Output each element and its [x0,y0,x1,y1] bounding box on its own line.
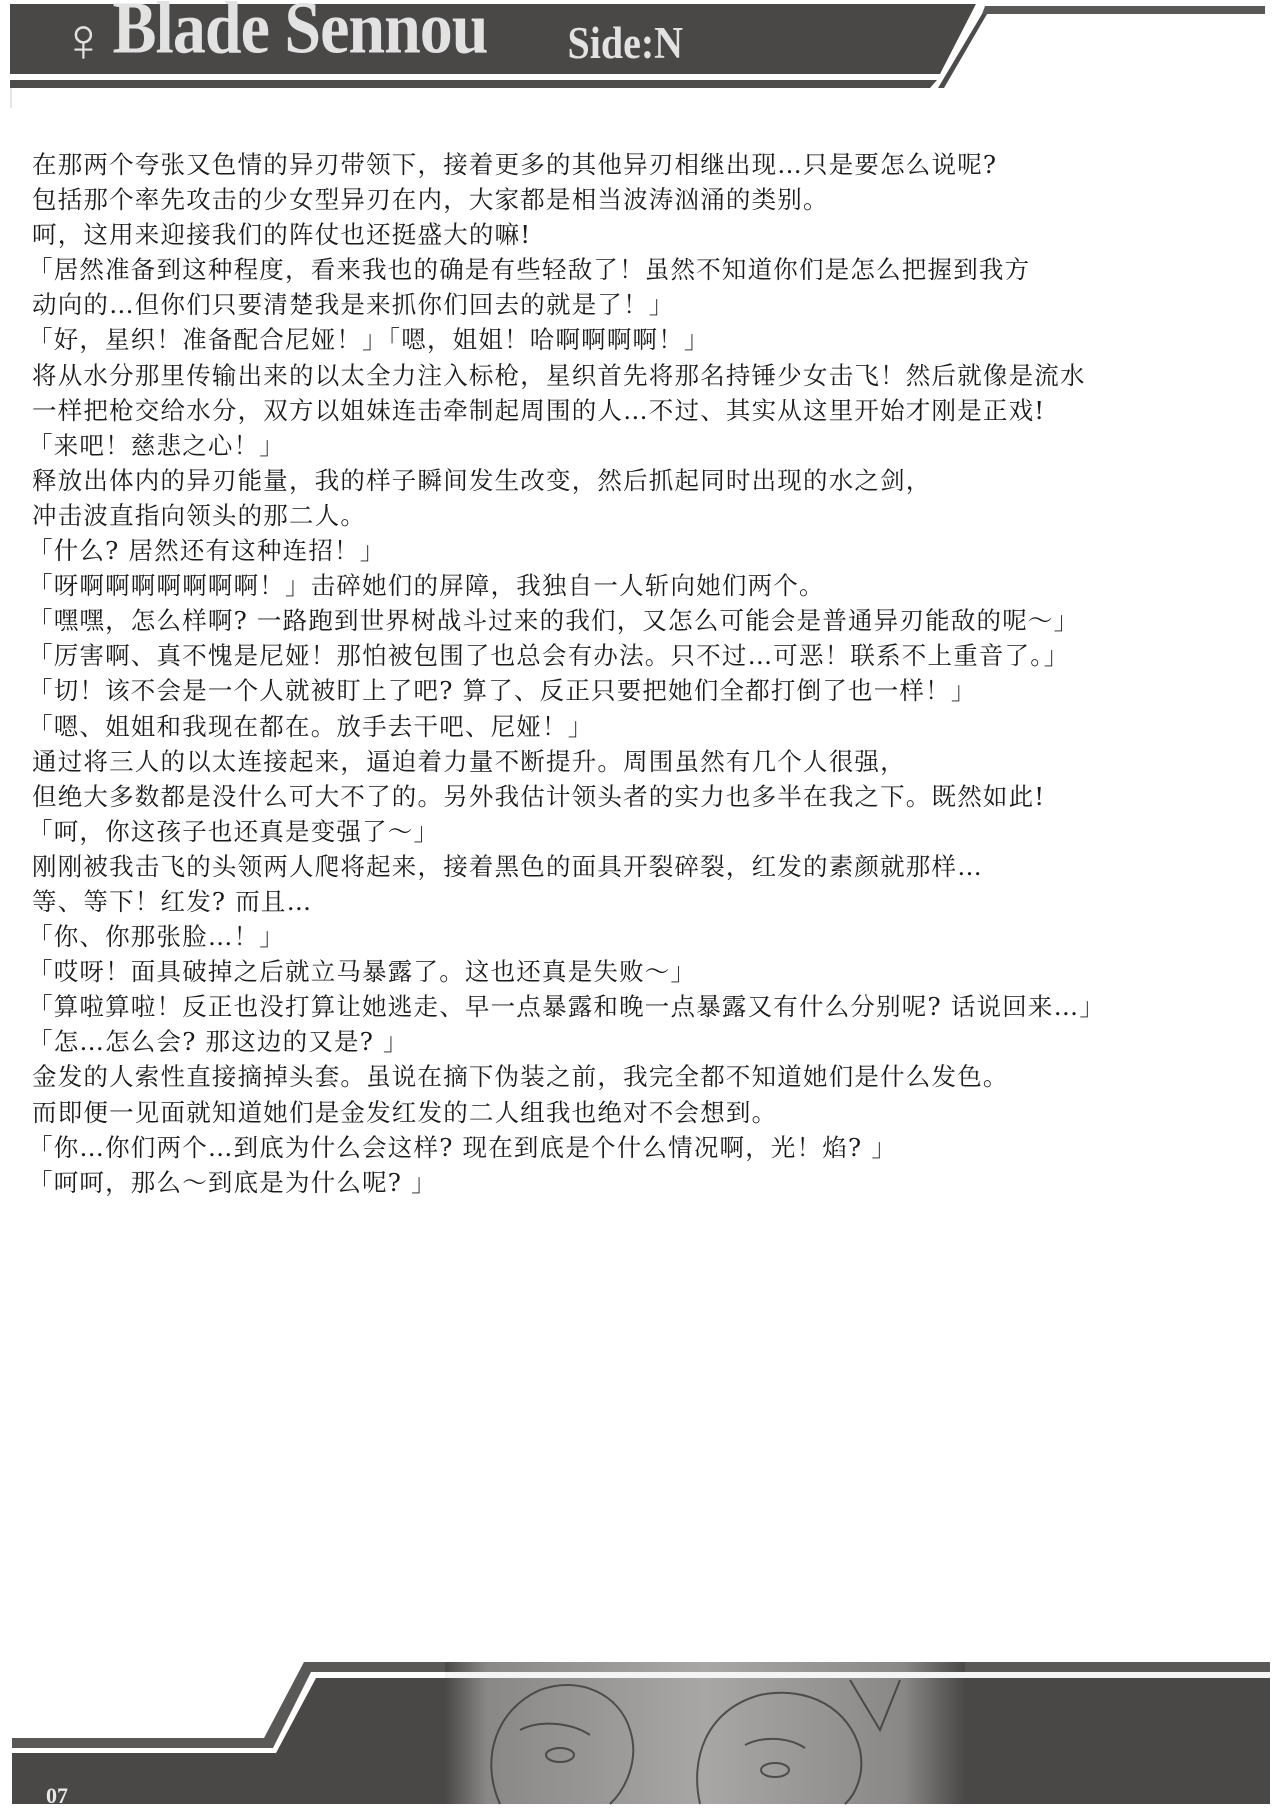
story-text: 在那两个夸张又色情的异刃带领下，接着更多的其他异刃相继出现…只是要怎么说呢? 包… [32,147,1262,1200]
dialog-line: 「呵呵，那么～到底是为什么呢? 」 [28,1165,1262,1200]
text-line: 释放出体内的异刃能量，我的样子瞬间发生改变，然后抓起同时出现的水之剑， [32,463,1262,498]
dialog-line: 「居然准备到这种程度，看来我也的确是有些轻敌了！虽然不知道你们是怎么把握到我方 [28,252,1262,287]
dialog-line: 「你…你们两个…到底为什么会这样? 现在到底是个什么情况啊，光！焰? 」 [28,1130,1262,1165]
dialog-line: 「什么? 居然还有这种连招！」 [28,533,1262,568]
dialog-line: 「切！该不会是一个人就被盯上了吧? 算了、反正只要把她们全都打倒了也一样！」 [28,673,1262,708]
dialog-line: 「嗯、姐姐和我现在都在。放手去干吧、尼娅！」 [28,709,1262,744]
page-footer-banner: 07 [0,1640,1280,1808]
text-line: 动向的…但你们只要清楚我是来抓你们回去的就是了！」 [32,287,1262,322]
footer-banner-shape [0,1640,1280,1808]
text-line: 通过将三人的以太连接起来，逼迫着力量不断提升。周围虽然有几个人很强， [32,744,1262,779]
dialog-line: 「来吧！慈悲之心！」 [28,428,1262,463]
dialog-line: 「呀啊啊啊啊啊啊啊！」击碎她们的屏障，我独自一人斩向她们两个。 [28,568,1262,603]
dialog-line: 「算啦算啦！反正也没打算让她逃走、早一点暴露和晚一点暴露又有什么分别呢? 话说回… [28,989,1262,1024]
dialog-line: 「你、你那张脸…！」 [28,919,1262,954]
header-subtitle: Side:N [567,20,683,66]
dialog-line: 「厉害啊、真不愧是尼娅！那怕被包围了也总会有办法。只不过…可恶！联系不上重音了。… [28,638,1262,673]
text-line: 刚刚被我击飞的头领两人爬将起来，接着黑色的面具开裂碎裂，红发的素颜就那样… [32,849,1262,884]
text-line: 呵，这用来迎接我们的阵仗也还挺盛大的嘛! [32,217,1262,252]
text-line: 金发的人索性直接摘掉头套。虽说在摘下伪装之前，我完全都不知道她们是什么发色。 [32,1059,1262,1094]
venus-icon: ♀ [60,10,107,72]
page-header-banner: ♀ Blade Sennou Side:N [0,0,1280,110]
text-line: 包括那个率先攻击的少女型异刃在内，大家都是相当波涛汹涌的类别。 [32,182,1262,217]
text-line: 一样把枪交给水分，双方以姐妹连击牵制起周围的人…不过、其实从这里开始才刚是正戏! [32,393,1262,428]
dialog-line: 「呵，你这孩子也还真是变强了～」 [28,814,1262,849]
dialog-line: 「好，星织！准备配合尼娅！」「嗯，姐姐！哈啊啊啊啊！」 [28,322,1262,357]
text-line: 在那两个夸张又色情的异刃带领下，接着更多的其他异刃相继出现…只是要怎么说呢? [32,147,1262,182]
text-line: 等、等下！红发? 而且… [32,884,1262,919]
header-title-group: ♀ Blade Sennou Side:N [60,0,683,66]
header-title: Blade Sennou [113,0,488,66]
page-number: 07 [46,1783,68,1808]
text-line: 而即便一见面就知道她们是金发红发的二人组我也绝对不会想到。 [32,1095,1262,1130]
dialog-line: 「嘿嘿，怎么样啊? 一路跑到世界树战斗过来的我们，又怎么可能会是普通异刃能敌的呢… [28,603,1262,638]
dialog-line: 「怎…怎么会? 那这边的又是? 」 [28,1024,1262,1059]
text-line: 但绝大多数都是没什么可大不了的。另外我估计领头者的实力也多半在我之下。既然如此! [32,779,1262,814]
text-line: 将从水分那里传输出来的以太全力注入标枪，星织首先将那名持锤少女击飞！然后就像是流… [32,358,1262,393]
text-line: 冲击波直指向领头的那二人。 [32,498,1262,533]
dialog-line: 「哎呀！面具破掉之后就立马暴露了。这也还真是失败～」 [28,954,1262,989]
